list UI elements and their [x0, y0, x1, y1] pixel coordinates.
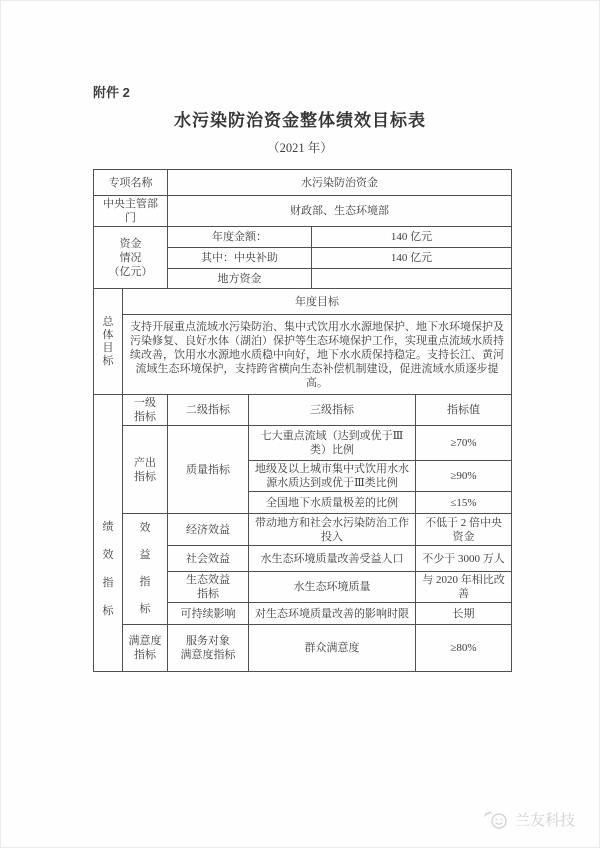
value-cell: ≥90% [416, 461, 512, 492]
annual-amount-label: 年度金额： [168, 227, 312, 248]
annual-goal-header: 年度目标 [123, 289, 512, 315]
quality-indicator-label: 质量指标 [168, 426, 249, 514]
indicator-cell: 水生态环境质量 [249, 572, 416, 603]
header-level3: 三级指标 [249, 395, 416, 426]
indicator-cell: 七大重点流域（达到或优于Ⅲ类）比例 [249, 426, 416, 461]
local-funds-value [312, 269, 512, 289]
row-annual-amount: 资金 情况 （亿元） 年度金额： 140 亿元 [94, 227, 512, 248]
value-cell: 长期 [416, 603, 512, 625]
level2-cell: 生态效益 指标 [168, 572, 249, 603]
benefit-level1-label: 效益指标 [123, 514, 168, 625]
overall-goal-label: 总体目标 [94, 289, 123, 395]
indicator-cell: 全国地下水质量极差的比例 [249, 492, 416, 514]
row-benefit-1: 效益指标 经济效益 带动地方和社会水污染防治工作投入 不低于 2 倍中央资金 [94, 514, 512, 546]
overall-goal-vertical-text: 总体目标 [98, 316, 118, 368]
row-annual-goal-header: 总体目标 年度目标 [94, 289, 512, 315]
page-subtitle: （2021 年） [1, 138, 599, 156]
central-subsidy-label: 其中：中央补助 [168, 248, 312, 269]
row-annual-goal-text: 支持开展重点流域水污染防治、集中式饮用水水源地保护、地下水环境保护及污染修复、良… [94, 315, 512, 395]
value-cell: ≥80% [416, 625, 512, 672]
indicator-cell: 水生态环境质量改善受益人口 [249, 546, 416, 572]
value-cell: 与 2020 年相比改善 [416, 572, 512, 603]
row-satisfaction: 满意度 指标 服务对象 满意度指标 群众满意度 ≥80% [94, 625, 512, 672]
indicator-cell: 对生态环境质量改善的影响时限 [249, 603, 416, 625]
satisfaction-level1-label: 满意度 指标 [123, 625, 168, 672]
annual-goal-text: 支持开展重点流域水污染防治、集中式饮用水水源地保护、地下水环境保护及污染修复、良… [123, 315, 512, 395]
value-cell: 不少于 3000 万人 [416, 546, 512, 572]
header-level2: 二级指标 [168, 395, 249, 426]
central-department-value: 财政部、生态环境部 [168, 196, 512, 227]
indicator-cell: 地级及以上城市集中式饮用水水源水质达到或优于Ⅲ类比例 [249, 461, 416, 492]
attachment-label: 附件 2 [93, 82, 130, 101]
watermark-brand-text: 兰友科技 [515, 809, 575, 830]
benefit-vertical-text: 效益指标 [127, 515, 163, 623]
value-cell: ≥70% [416, 426, 512, 461]
smiley-face-icon [483, 810, 510, 830]
value-cell: ≤15% [416, 492, 512, 514]
indicator-cell: 带动地方和社会水污染防治工作投入 [249, 514, 416, 546]
value-cell: 不低于 2 倍中央资金 [416, 514, 512, 546]
special-project-label: 专项名称 [94, 170, 168, 196]
funding-label: 资金 情况 （亿元） [94, 227, 168, 289]
central-department-label: 中央主管部门 [94, 196, 168, 227]
satisfaction-level2-label: 服务对象 满意度指标 [168, 625, 249, 672]
performance-target-table: 专项名称 水污染防治资金 中央主管部门 财政部、生态环境部 资金 情况 （亿元）… [93, 169, 512, 672]
special-project-value: 水污染防治资金 [168, 170, 512, 196]
row-indicator-headers: 绩效指标 一级 指标 二级指标 三级指标 指标值 [94, 395, 512, 426]
local-funds-label: 地方资金 [168, 269, 312, 289]
row-central-department: 中央主管部门 财政部、生态环境部 [94, 196, 512, 227]
document-page: 附件 2 水污染防治资金整体绩效目标表 （2021 年） 专项名称 水污染防治资… [0, 0, 600, 848]
performance-label: 绩效指标 [94, 395, 123, 672]
indicator-cell: 群众满意度 [249, 625, 416, 672]
watermark: 兰友科技 [483, 809, 575, 830]
page-title: 水污染防治资金整体绩效目标表 [1, 106, 599, 131]
level2-cell: 经济效益 [168, 514, 249, 546]
row-special-project: 专项名称 水污染防治资金 [94, 170, 512, 196]
row-output-1: 产出 指标 质量指标 七大重点流域（达到或优于Ⅲ类）比例 ≥70% [94, 426, 512, 461]
level2-cell: 社会效益 [168, 546, 249, 572]
header-value: 指标值 [416, 395, 512, 426]
output-level1-label: 产出 指标 [123, 426, 168, 514]
central-subsidy-value: 140 亿元 [312, 248, 512, 269]
performance-vertical-text: 绩效指标 [98, 513, 118, 625]
header-level1: 一级 指标 [123, 395, 168, 426]
level2-cell: 可持续影响 [168, 603, 249, 625]
annual-amount-value: 140 亿元 [312, 227, 512, 248]
